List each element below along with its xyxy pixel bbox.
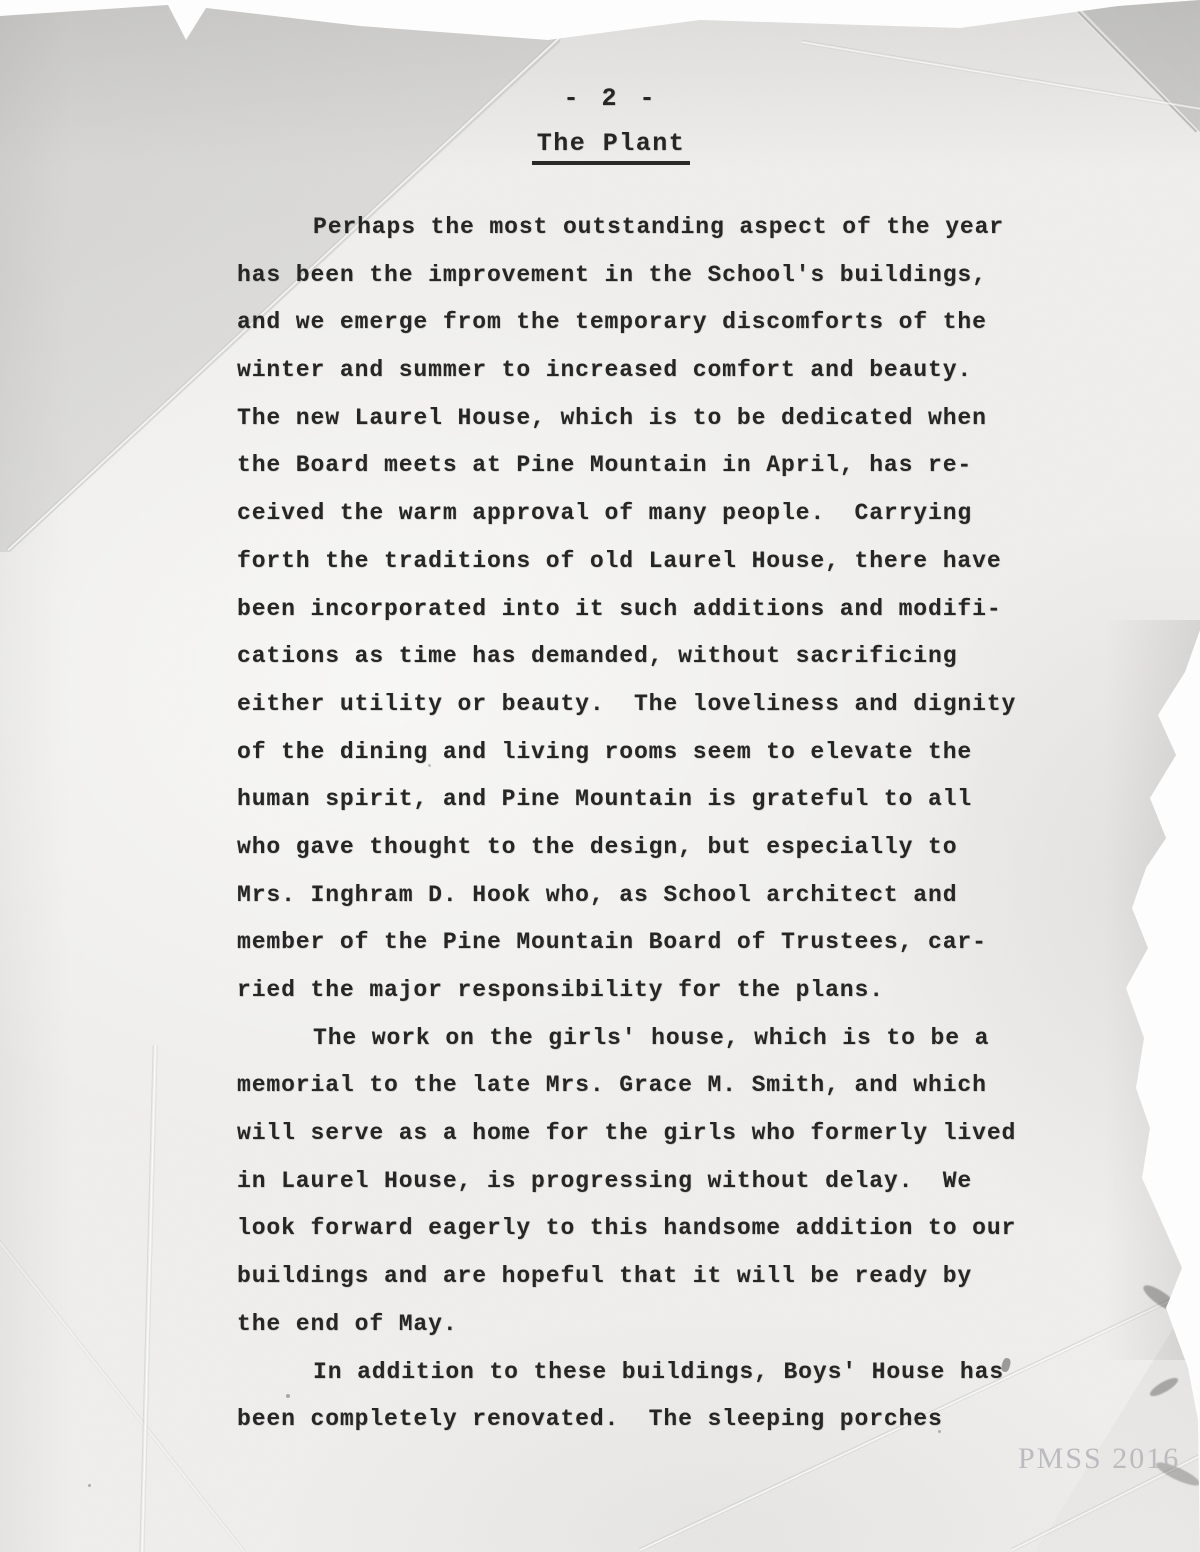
text-line: will serve as a home for the girls who f… bbox=[237, 1110, 997, 1158]
text-line: forth the traditions of old Laurel House… bbox=[237, 538, 997, 586]
text-line: either utility or beauty. The loveliness… bbox=[237, 681, 997, 729]
text-line: been completely renovated. The sleeping … bbox=[237, 1396, 997, 1444]
document-title-text: The Plant bbox=[532, 129, 691, 165]
text-line: cations as time has demanded, without sa… bbox=[237, 633, 997, 681]
text-line: has been the improvement in the School's… bbox=[237, 252, 997, 300]
text-line: in Laurel House, is progressing without … bbox=[237, 1158, 997, 1206]
document-lines: Perhaps the most outstanding aspect of t… bbox=[237, 204, 997, 1444]
text-line: human spirit, and Pine Mountain is grate… bbox=[237, 776, 997, 824]
paper-sheet: - 2 - The Plant Perhaps the most outstan… bbox=[0, 0, 1200, 1552]
text-line: member of the Pine Mountain Board of Tru… bbox=[237, 919, 997, 967]
text-line: the Board meets at Pine Mountain in Apri… bbox=[237, 442, 997, 490]
tear-mark bbox=[1147, 892, 1171, 914]
text-line: and we emerge from the temporary discomf… bbox=[237, 299, 997, 347]
watermark: PMSS 2016 bbox=[1018, 1442, 1180, 1476]
text-line: look forward eagerly to this handsome ad… bbox=[237, 1205, 997, 1253]
text-line: memorial to the late Mrs. Grace M. Smith… bbox=[237, 1062, 997, 1110]
document-title: The Plant bbox=[237, 129, 985, 165]
text-line: buildings and are hopeful that it will b… bbox=[237, 1253, 997, 1301]
text-line: The new Laurel House, which is to be ded… bbox=[237, 395, 997, 443]
text-line: The work on the girls' house, which is t… bbox=[237, 1015, 997, 1063]
text-line: the end of May. bbox=[237, 1301, 997, 1349]
text-line: been incorporated into it such additions… bbox=[237, 586, 997, 634]
text-line: ried the major responsibility for the pl… bbox=[237, 967, 997, 1015]
text-line: of the dining and living rooms seem to e… bbox=[237, 729, 997, 777]
text-line: In addition to these buildings, Boys' Ho… bbox=[237, 1349, 997, 1397]
page-number: - 2 - bbox=[237, 84, 985, 113]
text-line: Perhaps the most outstanding aspect of t… bbox=[237, 204, 997, 252]
scanned-document-page: - 2 - The Plant Perhaps the most outstan… bbox=[0, 0, 1200, 1552]
text-line: who gave thought to the design, but espe… bbox=[237, 824, 997, 872]
text-line: winter and summer to increased comfort a… bbox=[237, 347, 997, 395]
text-line: Mrs. Inghram D. Hook who, as School arch… bbox=[237, 872, 997, 920]
text-line: ceived the warm approval of many people.… bbox=[237, 490, 997, 538]
